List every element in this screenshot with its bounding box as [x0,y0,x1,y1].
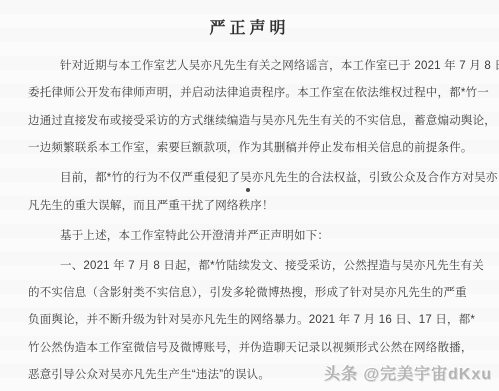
statement-line: 一、2021 年 7 月 8 日起，都*竹陆续发文、接受采访，公然捏造与吴亦凡先… [28,253,489,280]
statement-line: 一边频繁联系本工作室，索要巨额款项，作为其删稿并停止发布相关信息的前提条件。 [28,135,489,162]
ink-dot-artifact [246,188,250,192]
statement-document-page: 严正声明 针对近期与本工作室艺人吴亦凡先生有关之网络谣言，本工作室已于 2021… [0,0,499,391]
statement-line: 的不实信息（含影射类不实信息），引发多轮微博热搜，形成了针对吴亦凡先生的严重 [28,280,489,307]
statement-line: 凡先生的重大误解，而且严重干扰了网络秩序！ [28,193,489,220]
statement-line: 针对近期与本工作室艺人吴亦凡先生有关之网络谣言，本工作室已于 2021 年 7 … [28,53,489,80]
statement-line: 边通过直接发布或接受采访的方式继续编造与吴亦凡先生有关的不实信息，蓄意煽动舆论， [28,108,489,135]
statement-line: 基于上述，本工作室特此公开澄清并严正声明如下： [28,223,489,250]
toutiao-watermark: 头条 @完美宇宙dKxu [324,361,492,384]
statement-line: 负面舆论，并不断升级为针对吴亦凡先生的网络暴力。2021 年 7 月 16 日、… [28,307,489,334]
statement-line: 目前，都*竹的行为不仅严重侵犯了吴亦凡先生的合法权益，引致公众及合作方对吴亦 [28,165,489,192]
paragraph-intro: 针对近期与本工作室艺人吴亦凡先生有关之网络谣言，本工作室已于 2021 年 7 … [28,53,489,163]
paragraph-current-situation: 目前，都*竹的行为不仅严重侵犯了吴亦凡先生的合法权益，引致公众及合作方对吴亦 凡… [28,165,489,220]
statement-line: 委托律师公开发布律师声明，并启动法律追责程序。本工作室在依法维权过程中，都*竹一 [28,80,489,107]
document-title: 严正声明 [0,0,499,38]
paragraph-declaration-lead: 基于上述，本工作室特此公开澄清并严正声明如下： [28,223,489,250]
statement-line: 竹公然伪造本工作室微信号及微博账号，并伪造聊天记录以视频形式公然在网络散播， [28,335,489,362]
statement-body: 针对近期与本工作室艺人吴亦凡先生有关之网络谣言，本工作室已于 2021 年 7 … [28,53,489,389]
